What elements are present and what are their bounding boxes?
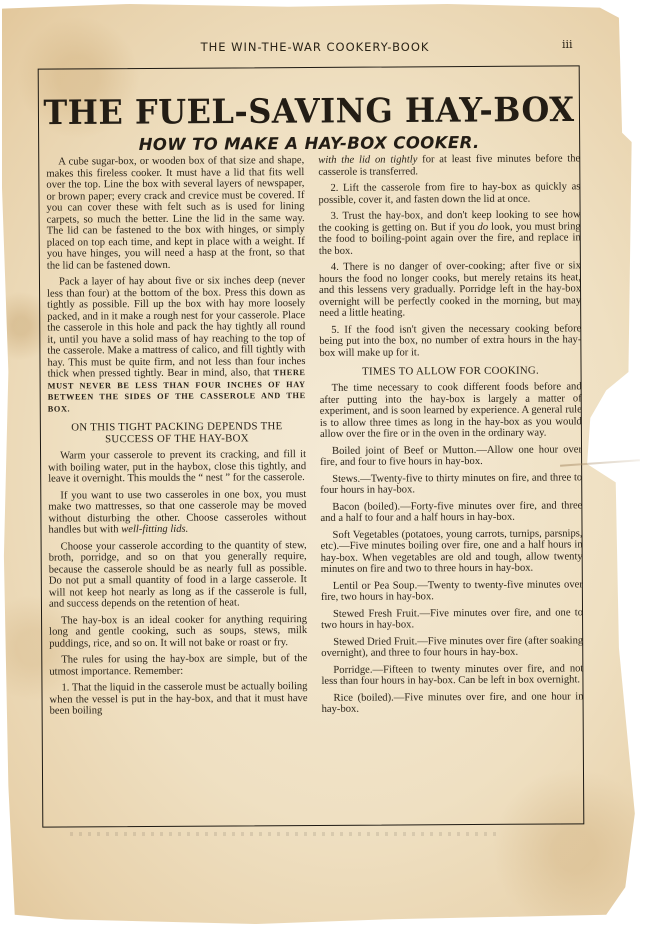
left-column: A cube sugar-box, or wooden box of that … [46,155,307,722]
cooking-time-item: Stews.—Twenty-five to thirty minutes on … [320,472,582,497]
italic-text: do [477,221,488,232]
cooking-time-item: Soft Vegetables (potatoes, young carrots… [321,528,583,576]
right-column: with the lid on tightly for at least fiv… [318,153,583,720]
italic-text: well-fitting lids. [121,524,188,535]
paragraph-times-intro: The time necessary to cook different foo… [320,381,582,440]
paragraph-text: Pack a layer of hay about five or six in… [47,275,305,380]
rule-5: 5. If the food isn't given the necessary… [319,323,581,359]
cooking-time-item: Rice (boiled).—Five minutes over fire, a… [322,691,584,716]
cooking-time-item: Lentil or Pea Soup.—Twenty to twenty-fiv… [321,579,583,604]
cooking-time-item: Porridge.—Fifteen to twenty minutes over… [321,663,583,688]
rule-1: 1. That the liquid in the casserole must… [49,681,307,717]
paragraph-hay-packing: Pack a layer of hay about five or six in… [47,275,306,415]
rule-4: 4. There is no danger of over-cooking; a… [319,260,581,319]
paragraph-rules-intro: The rules for using the hay-box are simp… [49,653,307,678]
cooking-times-list: Boiled joint of Beef or Mutton.—Allow on… [320,444,584,716]
article-title: THE FUEL-SAVING HAY-BOX [39,89,579,132]
print-offset-smudge [70,832,500,836]
rule-2: 2. Lift the casserole from fire to hay-b… [318,181,580,206]
paragraph-ideal-cooker: The hay-box is an ideal cooker for anyth… [49,614,307,650]
rule-1-continued: with the lid on tightly for at least fiv… [318,153,580,178]
paragraph-two-casseroles: If you want to use two casseroles in one… [48,489,306,537]
article-frame: THE FUEL-SAVING HAY-BOX HOW TO MAKE A HA… [38,65,585,827]
paragraph-warm-casserole: Warm your casserole to prevent its crack… [48,449,306,485]
cooking-time-item: Stewed Dried Fruit.—Five minutes over fi… [321,635,583,660]
cooking-time-item: Boiled joint of Beef or Mutton.—Allow on… [320,444,582,469]
article-subtitle: HOW TO MAKE A HAY-BOX COOKER. [39,132,579,154]
paragraph-choose-casserole: Choose your casserole according to the q… [49,540,307,611]
section-heading-tight-packing: ON THIS TIGHT PACKING DEPENDS THE SUCCES… [48,420,306,446]
running-head: THE WIN-THE-WAR COOKERY-BOOK [0,40,630,54]
cooking-time-item: Stewed Fresh Fruit.—Five minutes over fi… [321,607,583,632]
cooking-time-item: Bacon (boiled).—Forty-five minutes over … [320,500,582,525]
rule-3: 3. Trust the hay-box, and don't keep loo… [319,209,581,257]
section-heading-cooking-times: TIMES TO ALLOW FOR COOKING. [320,364,582,378]
paragraph-box-construction: A cube sugar-box, or wooden box of that … [46,155,305,272]
italic-text: with the lid on tightly [318,154,417,166]
page-number: iii [562,38,573,51]
